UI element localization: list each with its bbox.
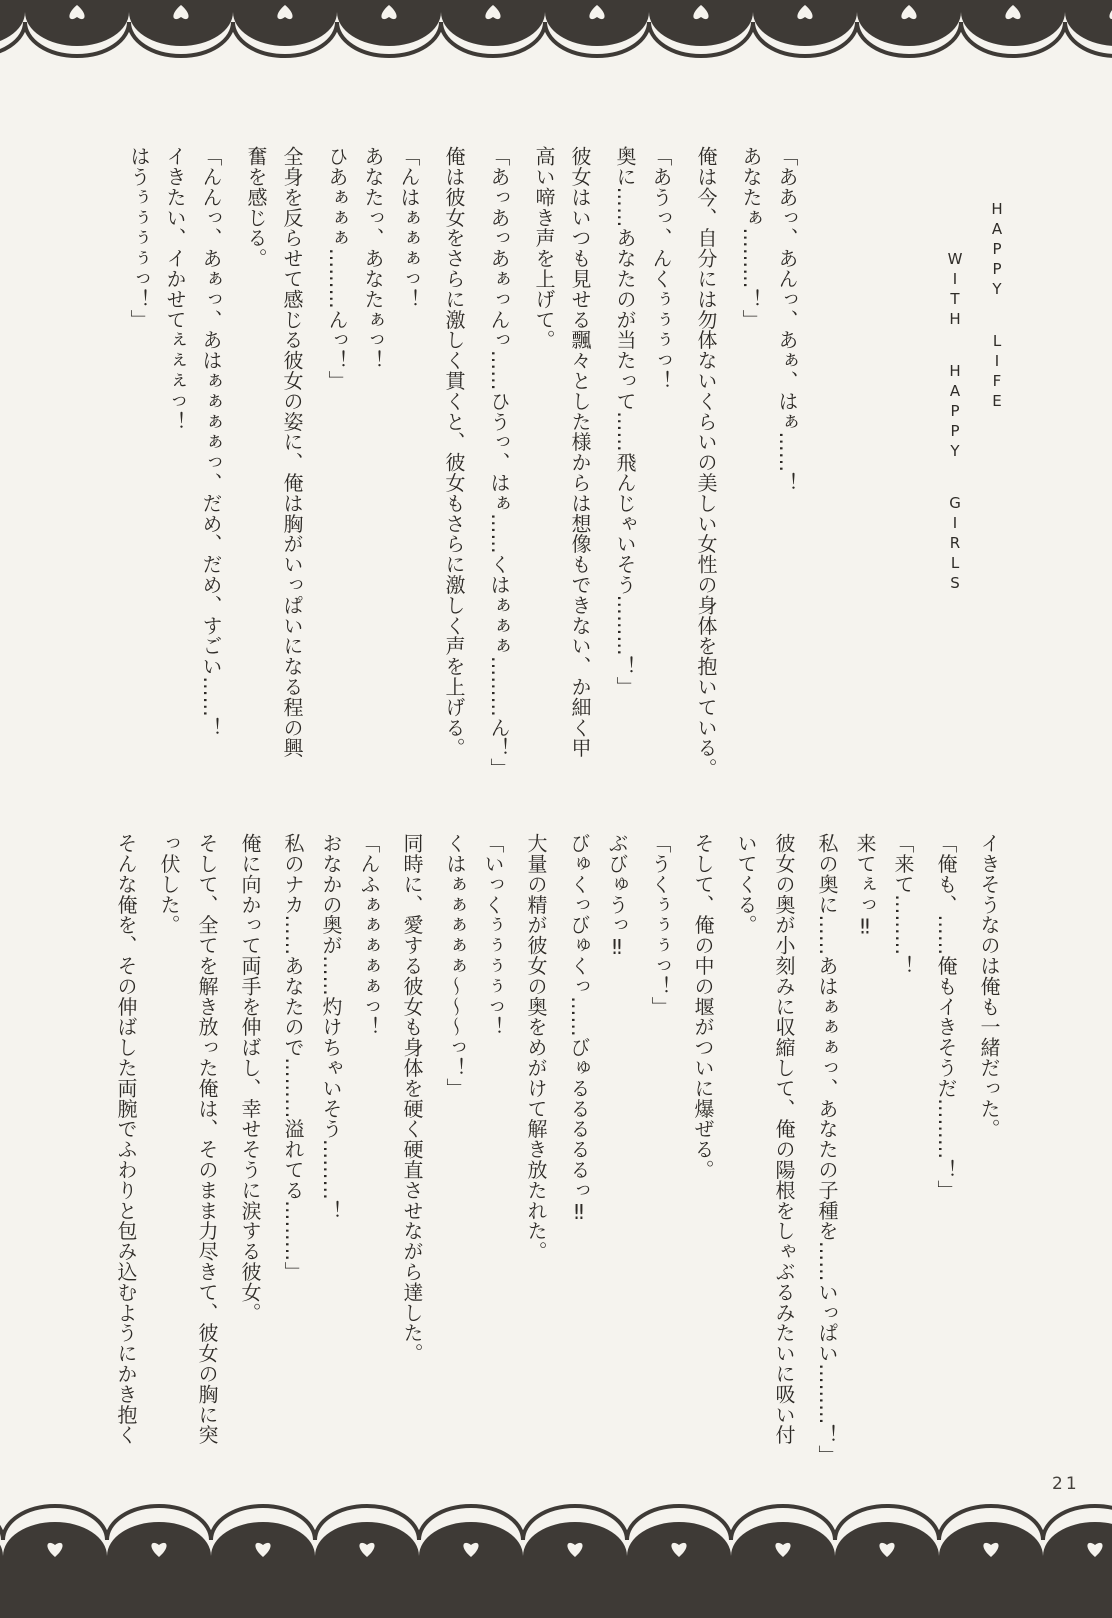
text-column: 「んふぁぁぁぁぁっ！ <box>350 833 388 1475</box>
text-column: 彼女はいつも見せる飄々とした様からは想像もできない、か細く甲 <box>562 146 598 782</box>
text-column: 「いっくぅぅぅぅっ！ <box>474 833 512 1475</box>
text-column: 「あっあっあぁっんっ……ひうっ、はぁ……くはぁぁぁ………ん！」 <box>481 146 517 782</box>
border-band <box>0 0 1112 12</box>
text-column: 来てぇっ‼ <box>846 833 884 1475</box>
paragraph: 「んふぁぁぁぁぁっ！おなかの奥が……灼けちゃいそう………！私のナカ……あなたので… <box>274 833 388 1475</box>
text-column: いてくる。 <box>727 833 765 1475</box>
paragraph: 「俺も、……俺もイきそうだ………！」 <box>927 833 965 1475</box>
paragraph: 「ああっ、あんっ、あぁ、はぁ……！あなたぁ………！」 <box>733 146 805 782</box>
text-column: びゅくっびゅくっ……びゅるるるるるっ‼ <box>560 833 598 1475</box>
text-block-top: 「ああっ、あんっ、あぁ、はぁ……！あなたぁ………！」俺は今、自分には勿体ないくら… <box>121 146 805 782</box>
paragraph: 全身を反らせて感じる彼女の姿に、俺は胸がいっぱいになる程の興奮を感じる。 <box>238 146 310 782</box>
scallop-band <box>0 1522 1112 1618</box>
paragraph: そして、全てを解き放った俺は、そのまま力尽きて、彼女の胸に突っ伏した。 <box>150 833 226 1475</box>
text-column: 私のナカ……あなたので………溢れてる………」 <box>274 833 312 1475</box>
text-column: ひあぁぁぁ………んっ！」 <box>319 146 355 782</box>
text-column: 「んんっ、あぁっ、あはぁぁぁぁっ、だめ、だめ、すごい……！ <box>193 146 229 782</box>
text-column: くはぁぁぁぁぁ〜〜〜っ！」 <box>436 833 474 1475</box>
text-column: ぶびゅうっ‼ <box>598 833 636 1475</box>
manga-text-page: HAPPY LIFE WITH HAPPY GIRLS 「ああっ、あんっ、あぁ、… <box>0 0 1112 1618</box>
paragraph: 「うくぅぅぅっ！」 <box>641 833 679 1475</box>
paragraph: 俺は今、自分には勿体ないくらいの美しい女性の身体を抱いている。 <box>688 146 724 782</box>
paragraph: 「いっくぅぅぅぅっ！くはぁぁぁぁぁ〜〜〜っ！」 <box>436 833 512 1475</box>
paragraph: 彼女の奥が小刻みに収縮して、俺の陽根をしゃぶるみたいに吸い付いてくる。 <box>727 833 803 1475</box>
text-column: 「んはぁぁぁっ！ <box>391 146 427 782</box>
text-column: 俺は彼女をさらに激しく貫くと、彼女もさらに激しく声を上げる。 <box>436 146 472 782</box>
text-column: 「ああっ、あんっ、あぁ、はぁ……！ <box>769 146 805 782</box>
text-column: 同時に、愛する彼女も身体を硬く硬直させながら達した。 <box>393 833 431 1475</box>
lace-border-top <box>0 0 1112 60</box>
text-column: 高い啼き声を上げて。 <box>526 146 562 782</box>
text-column: 私の奥に……あはぁぁぁっ、あなたの子種を……いっぱい………！」 <box>808 833 846 1475</box>
text-column: イきたい、イかせてぇぇぇっ！ <box>157 146 193 782</box>
paragraph: 「あうっ、んくぅぅぅっ！奥に……あなたのが当たって……飛んじゃいそう………！」 <box>607 146 679 782</box>
text-column: そんな俺を、その伸ばした両腕でふわりと包み込むようにかき抱く <box>107 833 145 1475</box>
text-column: そして、全てを解き放った俺は、そのまま力尽きて、彼女の胸に突 <box>188 833 226 1475</box>
paragraph: 「来て………！来てぇっ‼私の奥に……あはぁぁぁっ、あなたの子種を……いっぱい……… <box>808 833 922 1475</box>
paragraph: 俺は彼女をさらに激しく貫くと、彼女もさらに激しく声を上げる。 <box>436 146 472 782</box>
text-column: 俺は今、自分には勿体ないくらいの美しい女性の身体を抱いている。 <box>688 146 724 782</box>
text-column: 「俺も、……俺もイきそうだ………！」 <box>927 833 965 1475</box>
text-column: 奮を感じる。 <box>238 146 274 782</box>
paragraph: 彼女はいつも見せる飄々とした様からは想像もできない、か細く甲高い啼き声を上げて。 <box>526 146 598 782</box>
text-column: おなかの奥が……灼けちゃいそう………！ <box>312 833 350 1475</box>
paragraph: 同時に、愛する彼女も身体を硬く硬直させながら達した。 <box>393 833 431 1475</box>
text-column: 「あうっ、んくぅぅぅっ！ <box>643 146 679 782</box>
paragraph: 「んはぁぁぁっ！あなたっ、あなたぁっ！ひあぁぁぁ………んっ！」 <box>319 146 427 782</box>
paragraph: ぶびゅうっ‼びゅくっびゅくっ……びゅるるるるるっ‼ <box>560 833 636 1475</box>
paragraph: 「あっあっあぁっんっ……ひうっ、はぁ……くはぁぁぁ………ん！」 <box>481 146 517 782</box>
text-column: 大量の精が彼女の奥をめがけて解き放たれた。 <box>517 833 555 1475</box>
paragraph: イきそうなのは俺も一緒だった。 <box>970 833 1008 1475</box>
text-column: 全身を反らせて感じる彼女の姿に、俺は胸がいっぱいになる程の興 <box>274 146 310 782</box>
text-column: あなたぁ………！」 <box>733 146 769 782</box>
paragraph: 「んんっ、あぁっ、あはぁぁぁぁっ、だめ、だめ、すごい……！イきたい、イかせてぇぇ… <box>121 146 229 782</box>
text-column: 「来て………！ <box>884 833 922 1475</box>
paragraph: そして、俺の中の堰がついに爆ぜる。 <box>684 833 722 1475</box>
text-column: はうぅぅぅぅっ！」 <box>121 146 157 782</box>
paragraph: そんな俺を、その伸ばした両腕でふわりと包み込むようにかき抱く <box>107 833 145 1475</box>
lace-border-bottom <box>0 1502 1112 1618</box>
text-column: 俺に向かって両手を伸ばし、幸せそうに涙する彼女。 <box>231 833 269 1475</box>
paragraph: 俺に向かって両手を伸ばし、幸せそうに涙する彼女。 <box>231 833 269 1475</box>
page-number: 21 <box>1052 1474 1080 1494</box>
text-block-bottom: イきそうなのは俺も一緒だった。「俺も、……俺もイきそうだ………！」「来て………！… <box>107 833 1008 1475</box>
title-line-1: HAPPY LIFE <box>976 200 1018 760</box>
page-title: HAPPY LIFE WITH HAPPY GIRLS <box>934 200 1018 760</box>
paragraph: 大量の精が彼女の奥をめがけて解き放たれた。 <box>517 833 555 1475</box>
text-column: 彼女の奥が小刻みに収縮して、俺の陽根をしゃぶるみたいに吸い付 <box>765 833 803 1475</box>
text-column: そして、俺の中の堰がついに爆ぜる。 <box>684 833 722 1475</box>
text-column: あなたっ、あなたぁっ！ <box>355 146 391 782</box>
text-column: イきそうなのは俺も一緒だった。 <box>970 833 1008 1475</box>
text-column: 「うくぅぅぅっ！」 <box>641 833 679 1475</box>
title-line-2: WITH HAPPY GIRLS <box>934 200 976 760</box>
text-column: っ伏した。 <box>150 833 188 1475</box>
text-column: 奥に……あなたのが当たって……飛んじゃいそう………！」 <box>607 146 643 782</box>
